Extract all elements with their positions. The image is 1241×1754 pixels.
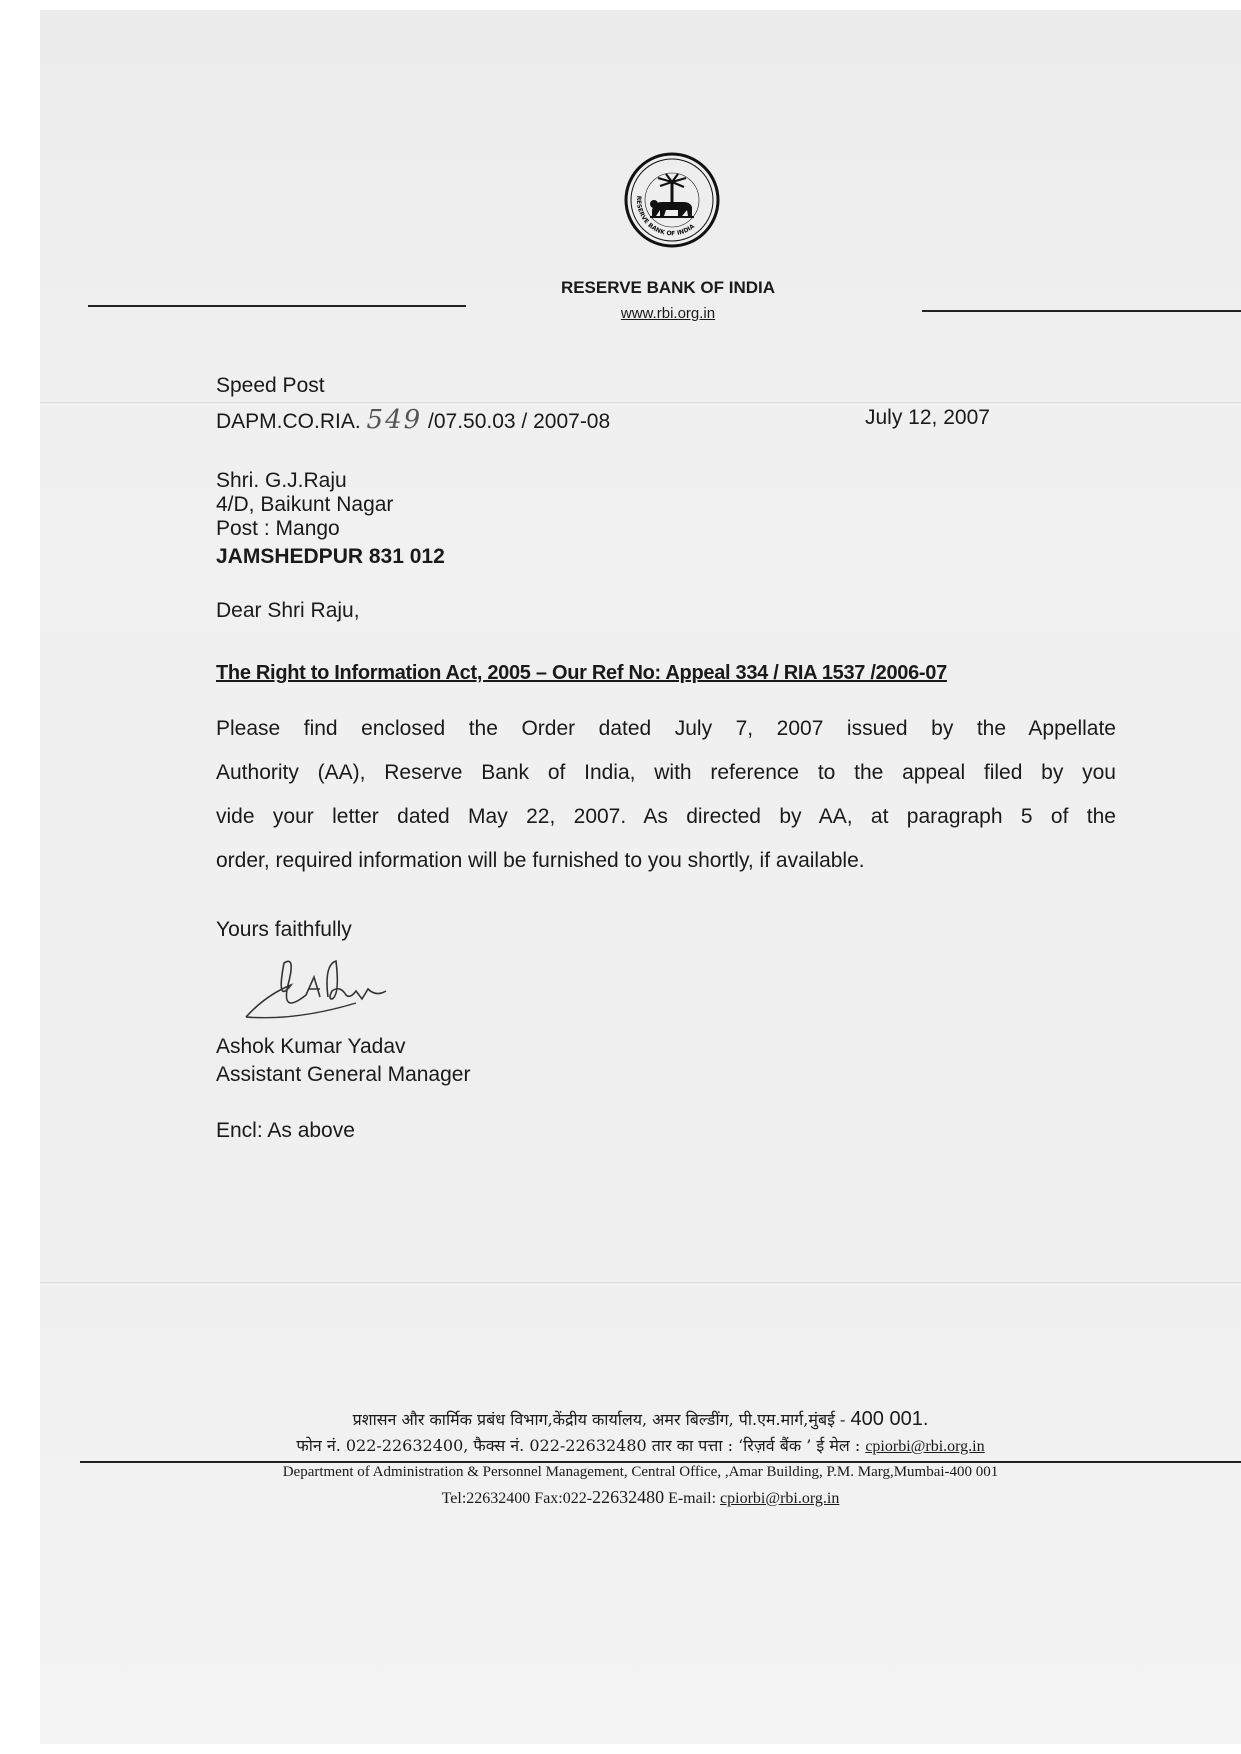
handwritten-reference-number: 549 <box>367 405 423 435</box>
body-line: Authority (AA), Reserve Bank of India, w… <box>216 751 1116 795</box>
footer-hindi-email-link[interactable]: cpiorbi@rbi.org.in <box>865 1438 984 1455</box>
recipient-address-line2: Post : Mango <box>216 517 340 541</box>
body-line: vide your letter dated May 22, 2007. As … <box>216 795 1116 839</box>
footer-hindi-contact-text: फोन नं. 022-22632400, फैक्स नं. 022-2263… <box>296 1436 865 1455</box>
body-line: Please find enclosed the Order dated Jul… <box>216 707 1116 751</box>
footer-email-link[interactable]: cpiorbi@rbi.org.in <box>720 1490 839 1507</box>
recipient-name: Shri. G.J.Raju <box>216 469 347 493</box>
header-rule-left <box>88 305 466 307</box>
reference-suffix: /07.50.03 / 2007-08 <box>428 410 610 433</box>
signatory-title: Assistant General Manager <box>216 1063 470 1087</box>
paper-fold <box>40 1282 1241 1285</box>
footer-fax-number: 22632480 <box>592 1487 664 1507</box>
letter-date: July 12, 2007 <box>865 406 990 430</box>
footer-rule <box>80 1461 1241 1463</box>
footer-email-label: E-mail: <box>664 1490 720 1507</box>
footer-tel-fax: Tel:22632400 Fax:022- <box>442 1490 592 1507</box>
bank-name: RESERVE BANK OF INDIA <box>0 278 1241 298</box>
salutation: Dear Shri Raju, <box>216 599 360 623</box>
footer-hindi-address-text: प्रशासन और कार्मिक प्रबंध विभाग,केंद्रीय… <box>353 1410 851 1429</box>
footer-hindi-address: प्रशासन और कार्मिक प्रबंध विभाग,केंद्रीय… <box>0 1408 1241 1431</box>
rbi-emblem-icon: RESERVE BANK OF INDIA <box>624 152 720 248</box>
reference-number: DAPM.CO.RIA. 549 /07.50.03 / 2007-08 <box>216 405 610 435</box>
reference-prefix: DAPM.CO.RIA. <box>216 410 361 433</box>
bank-website-link[interactable]: www.rbi.org.in <box>0 305 1241 322</box>
header-rule-right <box>922 310 1241 312</box>
recipient-address-line1: 4/D, Baikunt Nagar <box>216 493 393 517</box>
body-line: order, required information will be furn… <box>216 839 1116 883</box>
handwritten-signature <box>236 955 406 1025</box>
enclosure-note: Encl: As above <box>216 1119 355 1143</box>
footer-english-address: Department of Administration & Personnel… <box>0 1464 1241 1481</box>
delivery-mode: Speed Post <box>216 374 325 398</box>
subject-line: The Right to Information Act, 2005 – Our… <box>216 662 1086 685</box>
signatory-name: Ashok Kumar Yadav <box>216 1035 406 1059</box>
recipient-city-pin: JAMSHEDPUR 831 012 <box>216 545 445 569</box>
footer-hindi-pin: 400 001. <box>851 1408 929 1430</box>
body-paragraph: Please find enclosed the Order dated Jul… <box>216 707 1116 883</box>
valediction: Yours faithfully <box>216 918 352 942</box>
footer-hindi-contact: फोन नं. 022-22632400, फैक्स नं. 022-2263… <box>0 1434 1241 1456</box>
footer-english-contact: Tel:22632400 Fax:022-22632480 E-mail: cp… <box>0 1487 1241 1508</box>
